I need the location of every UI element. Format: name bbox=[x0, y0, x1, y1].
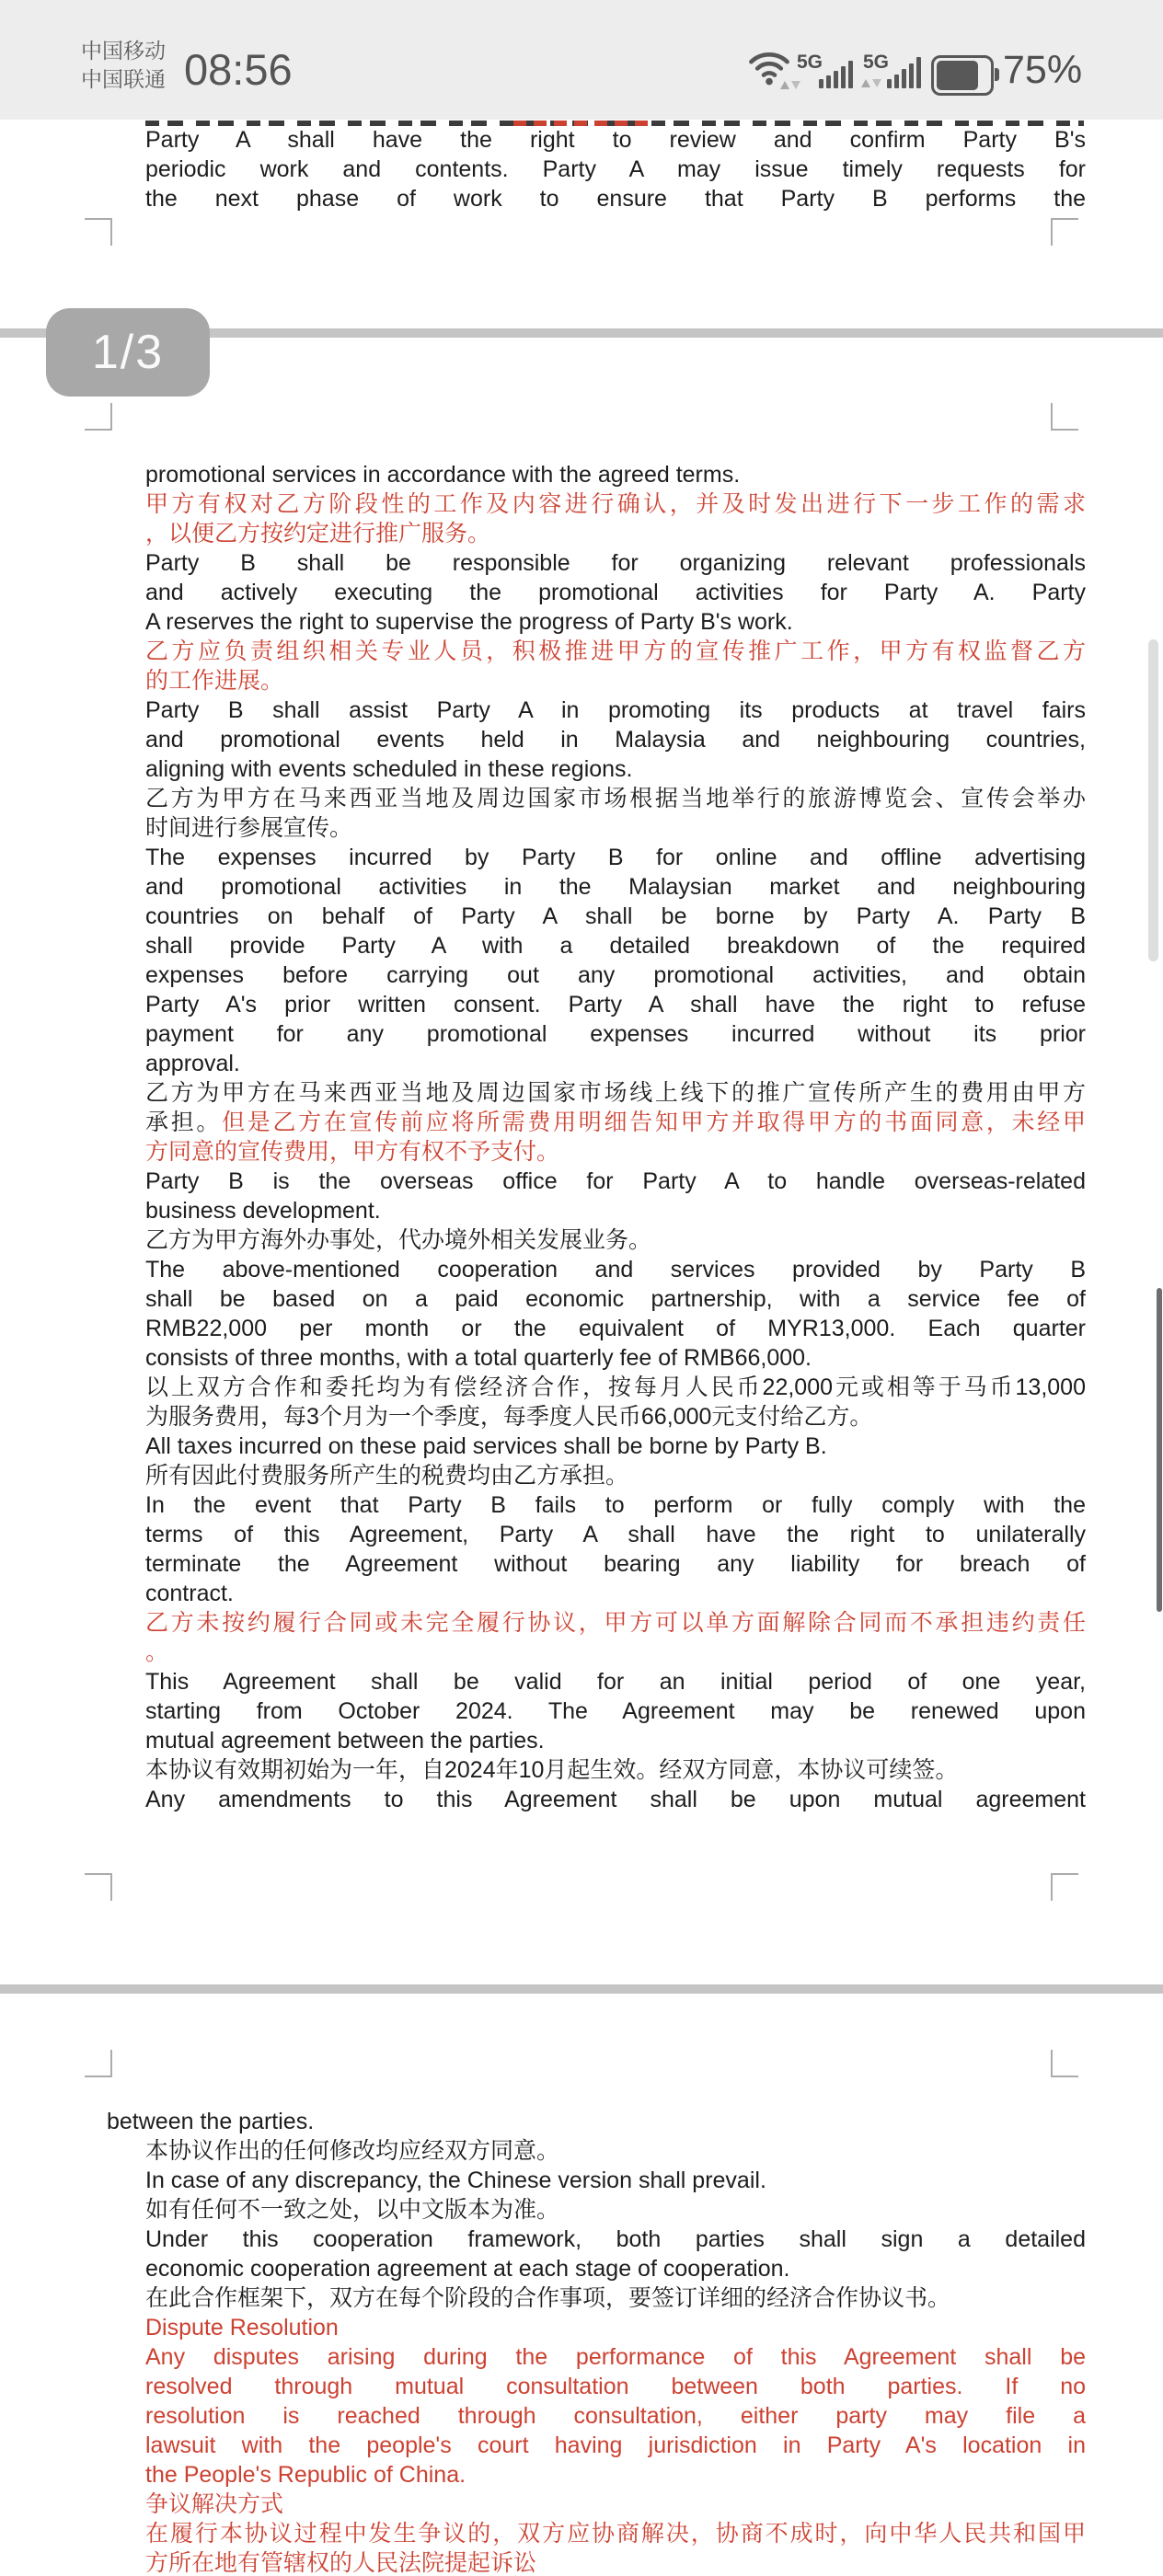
document-line: and promotional activities in the Malays… bbox=[145, 872, 1086, 902]
text-run: A reserves the right to supervise the pr… bbox=[145, 609, 793, 635]
text-run: Under this cooperation framework, both p… bbox=[145, 2226, 1086, 2252]
text-run: 。 bbox=[145, 1639, 168, 1665]
text-run: 以上双方合作和委托均为有偿经济合作，按每月人民币22,000元或相等于马币13,… bbox=[145, 1374, 1086, 1400]
text-run: 本协议作出的任何修改均应经双方同意。 bbox=[145, 2138, 559, 2164]
text-run: consists of three months, with a total q… bbox=[145, 1345, 812, 1371]
document-line: 在此合作框架下，双方在每个阶段的合作事项，要签订详细的经济合作协议书。 bbox=[145, 2283, 1086, 2313]
document-line: Any disputes arising during the performa… bbox=[145, 2342, 1086, 2372]
document-line: 如有任何不一致之处，以中文版本为准。 bbox=[145, 2195, 1086, 2225]
document-line: 承担。但是乙方在宣传前应将所需费用明细告知甲方并取得甲方的书面同意，未经甲 bbox=[145, 1108, 1086, 1137]
text-run: and promotional events held in Malaysia … bbox=[145, 727, 1086, 753]
carrier-1: 中国移动 bbox=[81, 37, 166, 65]
battery-icon bbox=[931, 55, 994, 96]
text-run: 方所在地有管辖权的人民法院提起诉讼 bbox=[145, 2550, 536, 2576]
text-run: 乙方未按约履行合同或未完全履行协议，甲方可以单方面解除合同而不承担违约责任 bbox=[145, 1610, 1086, 1636]
text-run: resolved through mutual consultation bet… bbox=[145, 2374, 1086, 2399]
page-corner-mark bbox=[1051, 1873, 1078, 1901]
document-line: lawsuit with the people's court having j… bbox=[145, 2431, 1086, 2460]
document-line: 为服务费用，每3个月为一个季度，每季度人民币66,000元支付给乙方。 bbox=[145, 1402, 1086, 1432]
signal-bars-icon-1 bbox=[819, 61, 856, 88]
text-run: ，以便乙方按约定进行推广服务。 bbox=[145, 521, 490, 546]
document-line: 本协议作出的任何修改均应经双方同意。 bbox=[145, 2136, 1086, 2166]
text-run: 甲方有权对乙方阶段性的工作及内容进行确认，并及时发出进行下一步工作的需求 bbox=[145, 491, 1086, 517]
document-line: 5.Party B shall assist Party A in promot… bbox=[145, 696, 1086, 725]
text-run: shall be based on a paid economic partne… bbox=[145, 1286, 1086, 1312]
text-run: 争议解决方式 bbox=[145, 2491, 283, 2517]
document-line: 时间进行参展宣传。 bbox=[145, 813, 1086, 843]
document-line: 6.The expenses incurred by Party B for o… bbox=[145, 843, 1086, 872]
text-run: countries on behalf of Party A shall be … bbox=[145, 903, 1086, 929]
page-indicator-badge: 1/3 bbox=[46, 308, 210, 397]
document-line: resolution is reached through consultati… bbox=[145, 2401, 1086, 2431]
document-line: 争议解决方式 bbox=[145, 2490, 1086, 2519]
document-line: 的工作进展。 bbox=[145, 666, 1086, 696]
text-run: 乙方为甲方在马来西亚当地及周边国家市场线上线下的推广宣传所产生的费用由甲方 bbox=[145, 1080, 1086, 1106]
text-run: Party A shall have the right to review a… bbox=[145, 127, 1086, 153]
document-line: 乙方为甲方在马来西亚当地及周边国家市场根据当地举行的旅游博览会、宣传会举办 bbox=[145, 784, 1086, 813]
text-run: aligning with events scheduled in these … bbox=[145, 756, 633, 782]
document-line: RMB22,000 per month or the equivalent of… bbox=[145, 1314, 1086, 1343]
document-line: 10.In the event that Party B fails to pe… bbox=[145, 1490, 1086, 1520]
text-run: 本协议有效期初始为一年，自2024年10月起生效。经双方同意，本协议可续签。 bbox=[145, 1757, 958, 1783]
text-run: In case of any discrepancy, the Chinese … bbox=[145, 2168, 766, 2193]
page-separator bbox=[0, 1984, 1163, 1994]
text-run: lawsuit with the people's court having j… bbox=[145, 2432, 1086, 2458]
carrier-2: 中国联通 bbox=[81, 65, 166, 94]
document-line: 所有因此付费服务所产生的税费均由乙方承担。 bbox=[145, 1461, 1086, 1490]
document-line: contract. bbox=[145, 1579, 1086, 1608]
text-run: This Agreement shall be valid for an ini… bbox=[145, 1669, 1086, 1695]
page-corner-mark bbox=[1051, 403, 1078, 431]
page-corner-mark bbox=[85, 2050, 112, 2077]
text-run: mutual agreement between the parties. bbox=[145, 1728, 545, 1754]
text-run: 的工作进展。 bbox=[145, 668, 283, 694]
text-run: 在此合作框架下，双方在每个阶段的合作事项，要签订详细的经济合作协议书。 bbox=[145, 2285, 950, 2311]
document-line: business development. bbox=[145, 1196, 1086, 1225]
text-run: The above-mentioned cooperation and serv… bbox=[145, 1257, 1086, 1282]
text-run: payment for any promotional expenses inc… bbox=[145, 1021, 1086, 1047]
text-run: 乙方应负责组织相关专业人员，积极推进甲方的宣传推广工作，甲方有权监督乙方 bbox=[145, 638, 1086, 664]
document-line: approval. bbox=[145, 1049, 1086, 1078]
text-run: 在履行本协议过程中发生争议的，双方应协商解决，协商不成时，向中华人民共和国甲 bbox=[145, 2521, 1086, 2547]
text-run: 但是乙方在宣传前应将所需费用明细告知甲方并取得甲方的书面同意，未经甲 bbox=[222, 1110, 1086, 1135]
text-run: terms of this Agreement, Party A shall h… bbox=[145, 1522, 1086, 1547]
text-run: In the event that Party B fails to perfo… bbox=[145, 1492, 1086, 1518]
document-line: 14.Under this cooperation framework, bot… bbox=[145, 2225, 1086, 2254]
document-line: and actively executing the promotional a… bbox=[145, 578, 1086, 607]
document-line: 在履行本协议过程中发生争议的，双方应协商解决，协商不成时，向中华人民共和国甲 bbox=[145, 2519, 1086, 2548]
document-line: 9.All taxes incurred on these paid servi… bbox=[145, 1432, 1086, 1461]
status-time: 08:56 bbox=[184, 44, 293, 95]
text-run: Party A's prior written consent. Party A… bbox=[145, 992, 1086, 1018]
text-run: and actively executing the promotional a… bbox=[145, 580, 1086, 605]
document-line: ，以便乙方按约定进行推广服务。 bbox=[145, 519, 1086, 548]
document-line: mutual agreement between the parties. bbox=[145, 1726, 1086, 1755]
text-run: contract. bbox=[145, 1581, 234, 1606]
text-run: terminate the Agreement without bearing … bbox=[145, 1551, 1086, 1577]
document-line: 12.Any amendments to this Agreement shal… bbox=[145, 1785, 1086, 1814]
document-line: 。 bbox=[145, 1638, 1086, 1667]
text-run: Dispute Resolution bbox=[145, 2315, 339, 2340]
document-line: 11.This Agreement shall be valid for an … bbox=[145, 1667, 1086, 1696]
text-run: approval. bbox=[145, 1051, 240, 1076]
page-corner-mark bbox=[1051, 2050, 1078, 2077]
document-line: starting from October 2024. The Agreemen… bbox=[145, 1696, 1086, 1726]
text-run: RMB22,000 per month or the equivalent of… bbox=[145, 1316, 1086, 1341]
text-run: 如有任何不一致之处，以中文版本为准。 bbox=[145, 2197, 559, 2223]
document-line: Party A's prior written consent. Party A… bbox=[145, 990, 1086, 1019]
text-run: and promotional activities in the Malays… bbox=[145, 874, 1086, 900]
text-run: 时间进行参展宣传。 bbox=[145, 815, 352, 841]
document-line: the People's Republic of China. bbox=[145, 2460, 1086, 2490]
text-run: shall provide Party A with a detailed br… bbox=[145, 933, 1086, 959]
document-line: consists of three months, with a total q… bbox=[145, 1343, 1086, 1373]
text-run: promotional services in accordance with … bbox=[145, 462, 740, 488]
text-run: business development. bbox=[145, 1198, 381, 1224]
carrier-labels: 中国移动 中国联通 bbox=[81, 37, 166, 94]
page-corner-mark bbox=[85, 218, 112, 246]
text-run: starting from October 2024. The Agreemen… bbox=[145, 1698, 1086, 1724]
document-line: aligning with events scheduled in these … bbox=[145, 754, 1086, 784]
document-line: resolved through mutual consultation bet… bbox=[145, 2372, 1086, 2401]
text-run: 乙方为甲方在马来西亚当地及周边国家市场根据当地举行的旅游博览会、宣传会举办 bbox=[145, 786, 1086, 811]
page-corner-mark bbox=[1051, 218, 1078, 246]
text-run: 所有因此付费服务所产生的税费均由乙方承担。 bbox=[145, 1463, 628, 1489]
document-line: A reserves the right to supervise the pr… bbox=[145, 607, 1086, 637]
document-line: shall be based on a paid economic partne… bbox=[145, 1284, 1086, 1314]
document-line: between the parties. bbox=[107, 2107, 1086, 2136]
text-run: economic cooperation agreement at each s… bbox=[145, 2256, 789, 2282]
document-line: shall provide Party A with a detailed br… bbox=[145, 931, 1086, 960]
text-run: the next phase of work to ensure that Pa… bbox=[145, 186, 1086, 212]
document-line: economic cooperation agreement at each s… bbox=[145, 2254, 1086, 2283]
text-run: Party B shall assist Party A in promotin… bbox=[145, 697, 1086, 723]
signal-bars-icon-2 bbox=[887, 57, 924, 88]
scrollbar-thumb-light[interactable] bbox=[1148, 639, 1158, 961]
page-2-text: promotional services in accordance with … bbox=[145, 460, 1086, 1814]
data-arrows-icon bbox=[861, 79, 881, 87]
text-run: resolution is reached through consultati… bbox=[145, 2403, 1086, 2429]
text-run: Party B is the overseas office for Party… bbox=[145, 1168, 1086, 1194]
document-line: 以上双方合作和委托均为有偿经济合作，按每月人民币22,000元或相等于马币13,… bbox=[145, 1373, 1086, 1402]
document-line: the next phase of work to ensure that Pa… bbox=[145, 184, 1086, 213]
battery-percent: 75% bbox=[1003, 48, 1082, 93]
document-line: terminate the Agreement without bearing … bbox=[145, 1549, 1086, 1579]
document-line: Party A shall have the right to review a… bbox=[145, 125, 1086, 155]
document-line: payment for any promotional expenses inc… bbox=[145, 1019, 1086, 1049]
text-run: The expenses incurred by Party B for onl… bbox=[145, 845, 1086, 870]
document-scroll-area[interactable]: 中国移动 中国联通 08:56 5G 5G bbox=[0, 0, 1163, 2576]
text-run: Any amendments to this Agreement shall b… bbox=[145, 1787, 1086, 1812]
text-run: 方同意的宣传费用，甲方有权不予支付。 bbox=[145, 1139, 559, 1165]
text-run: Party B shall be responsible for organiz… bbox=[145, 550, 1086, 576]
document-line: 8.The above-mentioned cooperation and se… bbox=[145, 1255, 1086, 1284]
page-3-text: between the parties.本协议作出的任何修改均应经双方同意。13… bbox=[145, 2107, 1086, 2576]
text-run: the People's Republic of China. bbox=[145, 2462, 466, 2488]
document-line: promotional services in accordance with … bbox=[145, 460, 1086, 489]
network-type-label-2: 5G bbox=[863, 52, 889, 74]
document-line: 乙方为甲方在马来西亚当地及周边国家市场线上线下的推广宣传所产生的费用由甲方 bbox=[145, 1078, 1086, 1108]
text-run: 为服务费用，每3个月为一个季度，每季度人民币66,000元支付给乙方。 bbox=[145, 1404, 872, 1430]
status-bar: 中国移动 中国联通 08:56 5G 5G bbox=[0, 0, 1163, 120]
document-line: periodic work and contents. Party A may … bbox=[145, 155, 1086, 184]
text-run: between the parties. bbox=[107, 2109, 314, 2134]
text-run: expenses before carrying out any promoti… bbox=[145, 962, 1086, 988]
page-corner-mark bbox=[85, 403, 112, 431]
document-line: and promotional events held in Malaysia … bbox=[145, 725, 1086, 754]
document-line: 乙方应负责组织相关专业人员，积极推进甲方的宣传推广工作，甲方有权监督乙方 bbox=[145, 637, 1086, 666]
document-line: 乙方为甲方海外办事处，代办境外相关发展业务。 bbox=[145, 1225, 1086, 1255]
page-corner-mark bbox=[85, 1873, 112, 1901]
document-line: countries on behalf of Party A shall be … bbox=[145, 902, 1086, 931]
scrollbar-thumb-dark[interactable] bbox=[1157, 1288, 1162, 1612]
text-run: 乙方为甲方海外办事处，代办境外相关发展业务。 bbox=[145, 1227, 651, 1253]
text-run: 承担。 bbox=[145, 1110, 222, 1135]
text-run: periodic work and contents. Party A may … bbox=[145, 156, 1086, 182]
text-run: Any disputes arising during the performa… bbox=[145, 2344, 1086, 2370]
document-line: 方同意的宣传费用，甲方有权不予支付。 bbox=[145, 1137, 1086, 1167]
document-line: 15.Dispute Resolution bbox=[145, 2313, 1086, 2342]
document-line: expenses before carrying out any promoti… bbox=[145, 960, 1086, 990]
document-line: terms of this Agreement, Party A shall h… bbox=[145, 1520, 1086, 1549]
wifi-data-arrows-icon bbox=[780, 81, 800, 89]
document-line: 13.In case of any discrepancy, the Chine… bbox=[145, 2166, 1086, 2195]
document-line: 7.Party B is the overseas office for Par… bbox=[145, 1167, 1086, 1196]
document-line: 乙方未按约履行合同或未完全履行协议，甲方可以单方面解除合同而不承担违约责任 bbox=[145, 1608, 1086, 1638]
document-line: 本协议有效期初始为一年，自2024年10月起生效。经双方同意，本协议可续签。 bbox=[145, 1755, 1086, 1785]
page-1-text: Party A shall have the right to review a… bbox=[145, 125, 1086, 213]
document-line: 方所在地有管辖权的人民法院提起诉讼 bbox=[145, 2548, 1086, 2576]
text-run: All taxes incurred on these paid service… bbox=[145, 1433, 827, 1459]
document-line: 甲方有权对乙方阶段性的工作及内容进行确认，并及时发出进行下一步工作的需求 bbox=[145, 489, 1086, 519]
document-line: Party B shall be responsible for organiz… bbox=[145, 548, 1086, 578]
